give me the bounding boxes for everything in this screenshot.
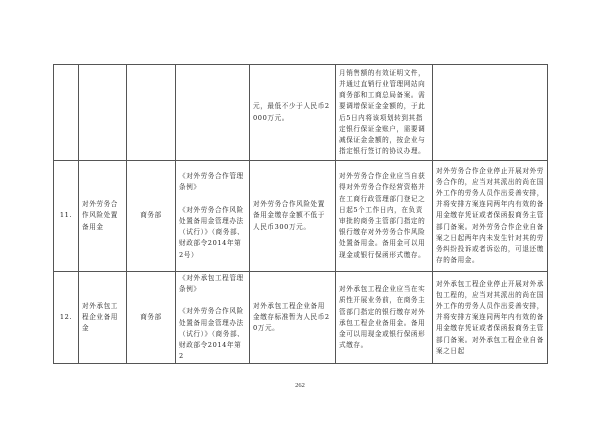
department: 商务部 xyxy=(127,161,176,272)
legal-basis xyxy=(176,65,250,161)
legal-basis: 《对外承包工程管理条例》 《对外劳务合作风险处置备用金管理办法（试行）》（商务部… xyxy=(176,272,250,364)
row-number xyxy=(54,65,79,161)
refund-conditions: 对外劳务合作企业停止开展对外劳务合作的，应当对其派出的尚在国外工作的劳务人员作出… xyxy=(433,161,548,272)
table-row: 12. 对外承包工程企业备用金 商务部 《对外承包工程管理条例》 《对外劳务合作… xyxy=(54,272,548,364)
department xyxy=(127,65,176,161)
legal-basis-line: 《对外劳务合作风险处置备用金管理办法（试行）》（商务部、财政部令2014年第2号… xyxy=(179,205,246,261)
deposit-standard: 对外承包工程企业备用金缴存标准暂为人民币20万元。 xyxy=(250,272,336,364)
deposit-standard: 元，最低不少于人民币2000万元。 xyxy=(250,65,336,161)
row-number: 11. xyxy=(54,161,79,272)
deposit-method: 对外劳务合作企业应当自获得对外劳务合作经营资格并在工商行政管理部门登记之日起5个… xyxy=(336,161,433,272)
regulation-table: 元，最低不少于人民币2000万元。 月销售额的有效证明文件，并通过直销行业管理网… xyxy=(53,64,548,364)
table-row: 11. 对外劳务合作风险处置备用金 商务部 《对外劳务合作管理条例》 《对外劳务… xyxy=(54,161,548,272)
item-name: 对外劳务合作风险处置备用金 xyxy=(79,161,127,272)
deposit-standard: 对外劳务合作风险处置备用金缴存金额不低于人民币300万元。 xyxy=(250,161,336,272)
refund-conditions: 对外承包工程企业停止开展对外承包工程的，应当对其派出的尚在国外工作的劳务人员作出… xyxy=(433,272,548,364)
refund-conditions xyxy=(433,65,548,161)
legal-basis-line: 《对外劳务合作管理条例》 xyxy=(179,171,246,193)
legal-basis-line: 《对外劳务合作风险处置备用金管理办法（试行）》（商务部、财政部令2014年第2 xyxy=(179,306,246,362)
deposit-method: 月销售额的有效证明文件，并通过直销行业管理网站向商务部和工商总局备案。需要调增保… xyxy=(336,65,433,161)
page-number: 262 xyxy=(0,382,600,389)
legal-basis-line: 《对外承包工程管理条例》 xyxy=(179,273,246,295)
legal-basis: 《对外劳务合作管理条例》 《对外劳务合作风险处置备用金管理办法（试行）》（商务部… xyxy=(176,161,250,272)
deposit-method: 对外承包工程企业应当在实质性开展业务前，在商务主管部门指定的银行缴存对外承包工程… xyxy=(336,272,433,364)
department: 商务部 xyxy=(127,272,176,364)
row-number: 12. xyxy=(54,272,79,364)
table-row: 元，最低不少于人民币2000万元。 月销售额的有效证明文件，并通过直销行业管理网… xyxy=(54,65,548,161)
item-name xyxy=(79,65,127,161)
document-page: 元，最低不少于人民币2000万元。 月销售额的有效证明文件，并通过直销行业管理网… xyxy=(0,0,600,424)
item-name: 对外承包工程企业备用金 xyxy=(79,272,127,364)
